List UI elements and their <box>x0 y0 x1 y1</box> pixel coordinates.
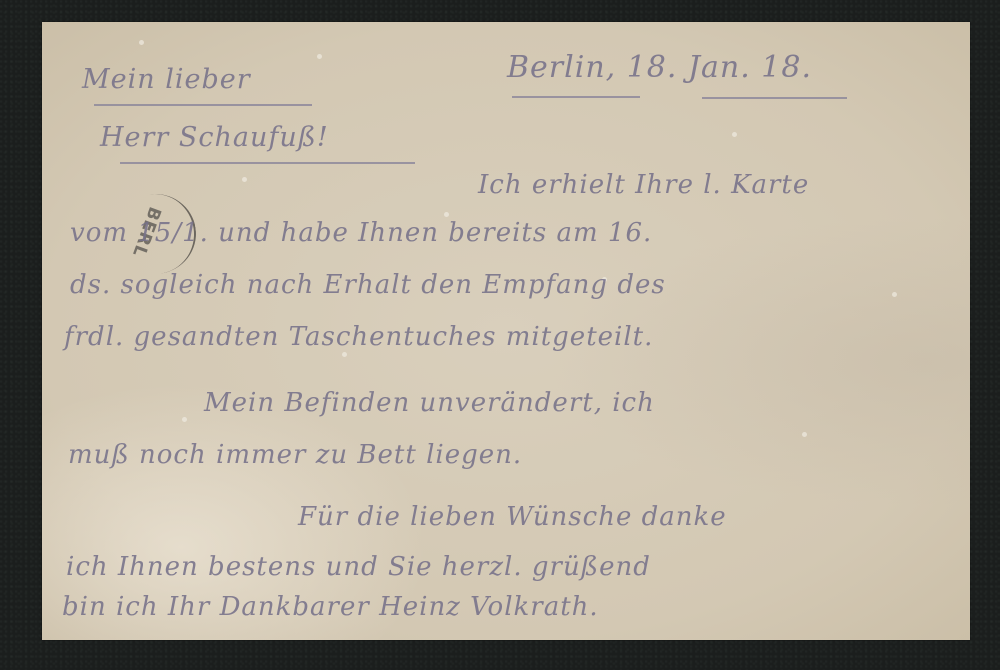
paper-speck <box>342 352 347 357</box>
salutation-underline-1 <box>94 104 312 106</box>
body-line: ds. sogleich nach Erhalt den Empfang des <box>70 270 666 300</box>
body-line: Für die lieben Wünsche danke <box>298 502 727 532</box>
postcard: BERL Mein lieber Herr Schaufuß! Berlin, … <box>42 22 970 640</box>
body-line: muß noch immer zu Bett liegen. <box>68 440 522 470</box>
place-date: Berlin, 18. Jan. 18. <box>507 50 812 85</box>
body-line: frdl. gesandten Taschentuches mitgeteilt… <box>64 322 653 352</box>
paper-speck <box>242 177 247 182</box>
paper-speck <box>182 417 187 422</box>
body-line: ich Ihnen bestens und Sie herzl. grüßend <box>66 552 651 582</box>
body-line: Ich erhielt Ihre l. Karte <box>478 170 809 200</box>
paper-speck <box>892 292 897 297</box>
paper-speck <box>802 432 807 437</box>
salutation-underline-2 <box>120 162 415 164</box>
date-underline <box>702 97 847 99</box>
paper-speck <box>444 212 449 217</box>
body-line: bin ich Ihr Dankbarer Heinz Volkrath. <box>62 592 599 622</box>
paper-speck <box>732 132 737 137</box>
salutation-line-1: Mein lieber <box>82 64 251 95</box>
paper-speck <box>139 40 144 45</box>
body-line: Mein Befinden unverändert, ich <box>204 388 655 418</box>
body-line: vom 15/1. und habe Ihnen bereits am 16. <box>70 218 652 248</box>
place-underline <box>512 96 640 98</box>
salutation-line-2: Herr Schaufuß! <box>100 122 329 153</box>
paper-speck <box>317 54 322 59</box>
